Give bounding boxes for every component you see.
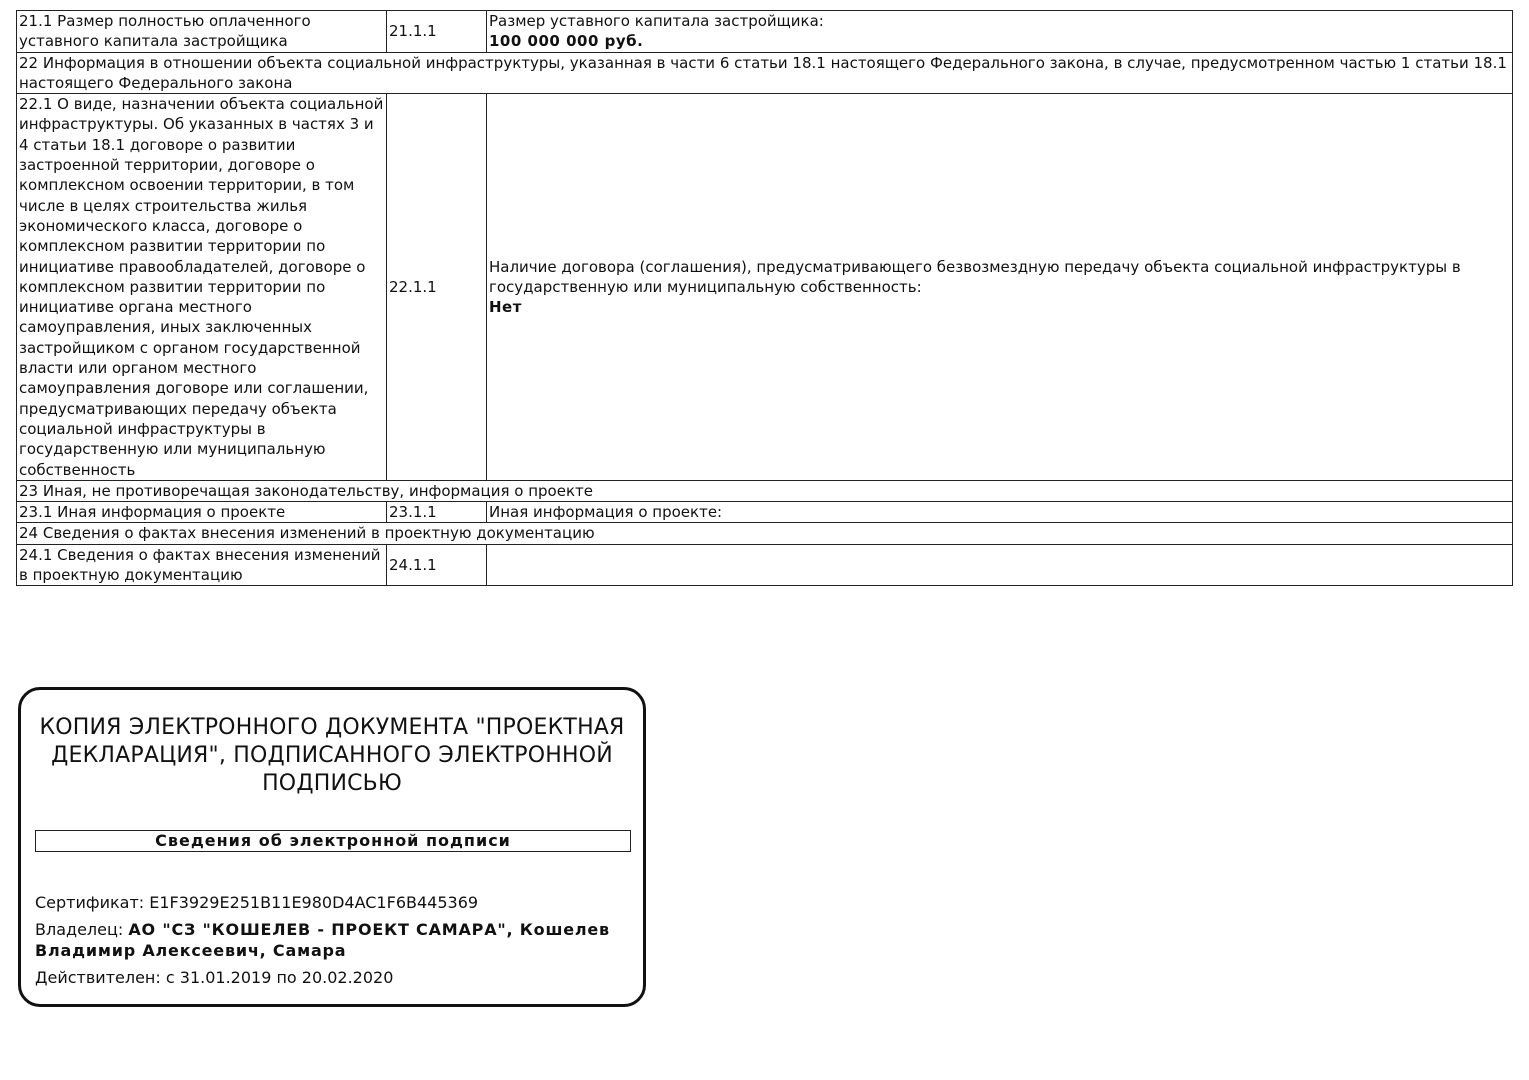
section-heading: 22 Информация в отношении объекта социал… [17, 52, 1513, 94]
section-heading: 23 Иная, не противоречащая законодательс… [17, 480, 1513, 501]
row-value: Нет [489, 297, 1510, 317]
row-code: 21.1.1 [387, 11, 487, 53]
row-value-cell: Наличие договора (соглашения), предусмат… [487, 94, 1513, 481]
table-row-23-1: 23.1 Иная информация о проекте 23.1.1 Ин… [17, 502, 1513, 523]
validity-label: Действителен: [35, 968, 161, 987]
table-section-22: 22 Информация в отношении объекта социал… [17, 52, 1513, 94]
row-code: 23.1.1 [387, 502, 487, 523]
declaration-table: 21.1 Размер полностью оплаченного уставн… [16, 10, 1513, 586]
row-code: 24.1.1 [387, 544, 487, 586]
signature-stamp: КОПИЯ ЭЛЕКТРОННОГО ДОКУМЕНТА "ПРОЕКТНАЯ … [18, 687, 646, 1007]
stamp-title: КОПИЯ ЭЛЕКТРОННОГО ДОКУМЕНТА "ПРОЕКТНАЯ … [21, 714, 643, 798]
owner-label: Владелец: [35, 920, 123, 939]
row-value-label: Наличие договора (соглашения), предусмат… [489, 257, 1510, 298]
row-label: 22.1 О виде, назначении объекта социальн… [17, 94, 387, 481]
row-value-cell: Иная информация о проекте: [487, 502, 1513, 523]
row-label: 21.1 Размер полностью оплаченного уставн… [17, 11, 387, 53]
validity-value: с 31.01.2019 по 20.02.2020 [166, 968, 394, 987]
row-label: 23.1 Иная информация о проекте [17, 502, 387, 523]
row-label: 24.1 Сведения о фактах внесения изменени… [17, 544, 387, 586]
row-value-label: Размер уставного капитала застройщика: [489, 11, 1510, 31]
validity-line: Действителен: с 31.01.2019 по 20.02.2020 [35, 967, 629, 988]
table-row-22-1: 22.1 О виде, назначении объекта социальн… [17, 94, 1513, 481]
row-value: 100 000 000 руб. [489, 31, 1510, 51]
owner-line: Владелец: АО "СЗ "КОШЕЛЕВ - ПРОЕКТ САМАР… [35, 919, 629, 961]
table-section-23: 23 Иная, не противоречащая законодательс… [17, 480, 1513, 501]
row-value-cell: Размер уставного капитала застройщика: 1… [487, 11, 1513, 53]
row-value-cell [487, 544, 1513, 586]
certificate-label: Сертификат: [35, 893, 144, 912]
row-code: 22.1.1 [387, 94, 487, 481]
certificate-value: E1F3929E251B11E980D4AC1F6B445369 [149, 893, 478, 912]
section-heading: 24 Сведения о фактах внесения изменений … [17, 523, 1513, 544]
certificate-line: Сертификат: E1F3929E251B11E980D4AC1F6B44… [35, 892, 629, 913]
row-value-label: Иная информация о проекте: [489, 502, 1510, 522]
table-row-21-1: 21.1 Размер полностью оплаченного уставн… [17, 11, 1513, 53]
table-section-24: 24 Сведения о фактах внесения изменений … [17, 523, 1513, 544]
table-row-24-1: 24.1 Сведения о фактах внесения изменени… [17, 544, 1513, 586]
stamp-section-title: Сведения об электронной подписи [35, 830, 631, 852]
